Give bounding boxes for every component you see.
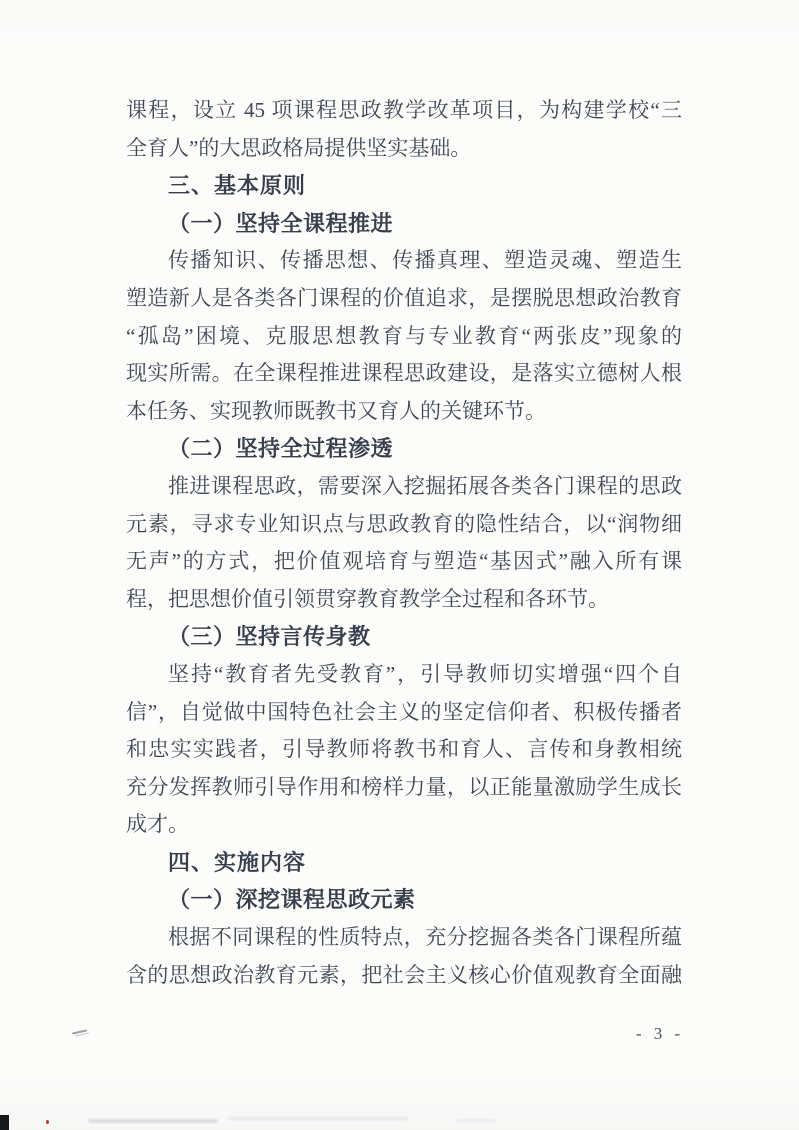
text-line: 坚持“教育者先受教育”，引导教师切实增强“四个自 [126,656,682,694]
section-heading: 四、实施内容 [126,844,682,882]
scan-artifact-pen-tick [72,1029,87,1034]
scan-artifact-red-dot [46,1120,49,1124]
text-line: 塑造新人是各类各门课程的价值追求，是摆脱思想政治教育 [126,280,682,318]
text-line: 本任务、实现教师既教书又育人的关键环节。 [126,393,682,431]
text-line: 元素，寻求专业知识点与思政教育的隐性结合，以“润物细 [126,506,682,544]
text-line: 充分发挥教师引导作用和榜样力量，以正能量激励学生成长 [126,769,682,807]
scanned-document-page: 课程，设立 45 项课程思政教学改革项目，为构建学校“三全育人”的大思政格局提供… [0,0,799,1130]
scan-artifact-smudge [228,1117,408,1120]
section-heading: （一）坚持全课程推进 [126,205,682,243]
scan-artifact-corner-mark [0,1115,9,1130]
text-line: 推进课程思政，需要深入挖掘拓展各类各门课程的思政 [126,468,682,506]
text-line: 无声”的方式，把价值观培育与塑造“基因式”融入所有课 [126,543,682,581]
text-line: 根据不同课程的性质特点，充分挖掘各类各门课程所蕴 [126,919,682,957]
text-line: 程，把思想价值引领贯穿教育教学全过程和各环节。 [126,581,682,619]
text-line: “孤岛”困境、克服思想教育与专业教育“两张皮”现象的 [126,318,682,356]
text-line: 全育人”的大思政格局提供坚实基础。 [126,130,682,168]
page-number: - 3 - [618,1024,702,1044]
scan-artifact-smudge [455,1119,495,1122]
text-line: 传播知识、传播思想、传播真理、塑造灵魂、塑造生命、 [126,242,682,280]
text-line: 和忠实实践者，引导教师将教书和育人、言传和身教相统一， [126,731,682,769]
text-line: 现实所需。在全课程推进课程思政建设，是落实立德树人根 [126,355,682,393]
document-body: 课程，设立 45 项课程思政教学改革项目，为构建学校“三全育人”的大思政格局提供… [126,92,682,994]
text-line: 课程，设立 45 项课程思政教学改革项目，为构建学校“三 [126,92,682,130]
section-heading: 三、基本原则 [126,167,682,205]
section-heading: （一）深挖课程思政元素 [126,881,682,919]
text-line: 信”，自觉做中国特色社会主义的坚定信仰者、积极传播者 [126,694,682,732]
section-heading: （二）坚持全过程渗透 [126,430,682,468]
scan-artifact-smudge [88,1119,218,1123]
text-line: 含的思想政治教育元素，把社会主义核心价值观教育全面融 [126,957,682,995]
text-line: 成才。 [126,806,682,844]
section-heading: （三）坚持言传身教 [126,618,682,656]
